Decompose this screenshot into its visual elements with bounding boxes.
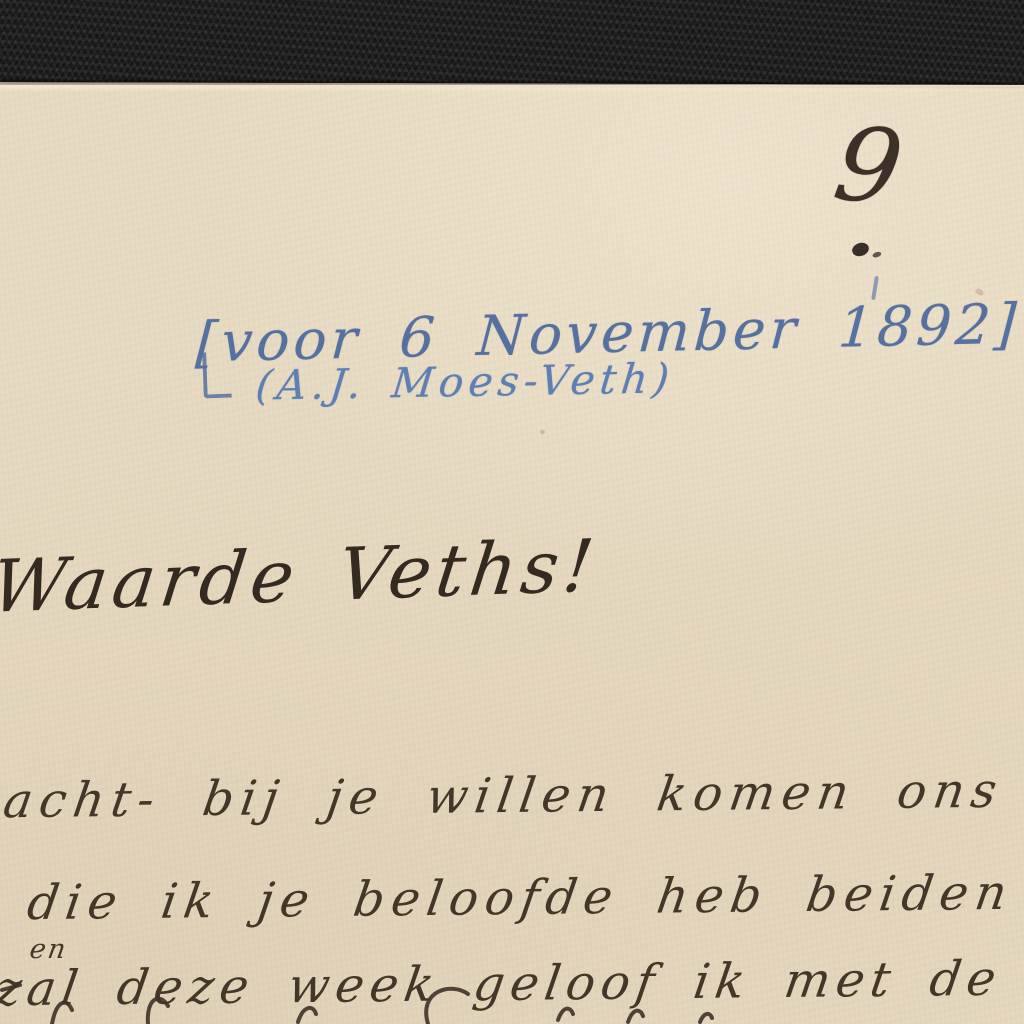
paper-top-edge xyxy=(0,85,1024,92)
body-line-3-superscript: en xyxy=(28,936,70,963)
fabric-background xyxy=(0,0,1024,85)
ink-dot xyxy=(850,241,870,259)
partial-line-strokes xyxy=(0,980,1024,1024)
bracket-foot-stroke xyxy=(202,352,232,399)
paper-speck xyxy=(540,430,545,434)
body-line-1: acht- bij je willen komen ons xyxy=(0,767,1006,826)
letter-scan: 9 [voor 6 November 1892] (A.J. Moes-Veth… xyxy=(0,0,1024,1024)
salutation: Waarde Veths! xyxy=(0,529,602,622)
annotation-name-line: (A.J. Moes-Veth) xyxy=(254,358,676,406)
body-line-2: die ik je beloofde heb beiden xyxy=(24,869,1016,927)
page-number: 9 xyxy=(828,114,909,221)
